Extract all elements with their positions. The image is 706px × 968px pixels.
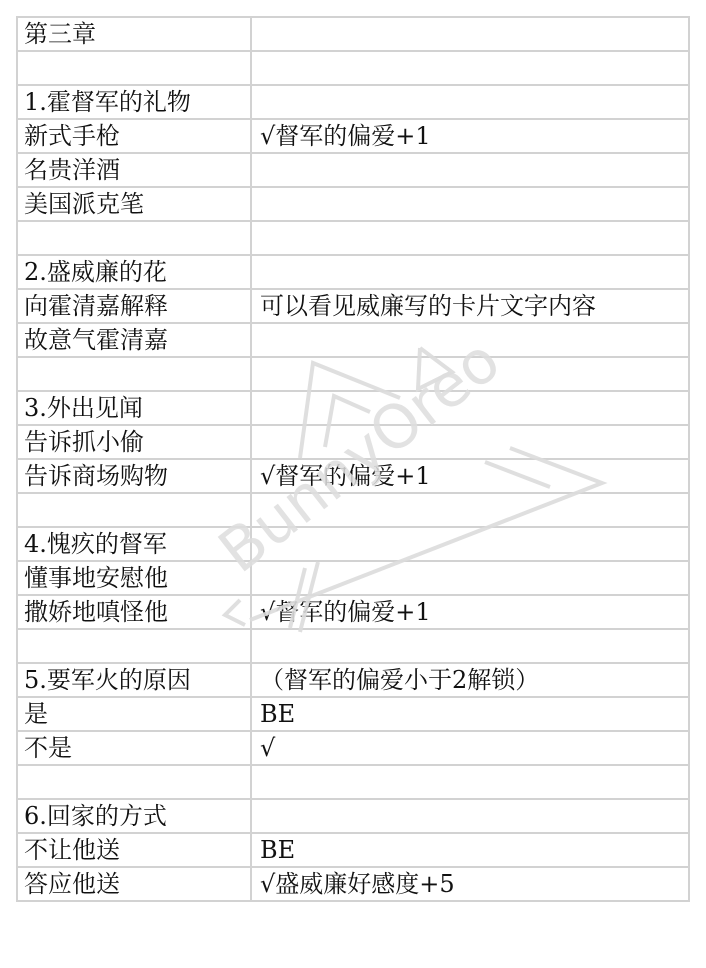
choice-cell: 向霍清嘉解释 — [17, 289, 251, 323]
result-cell: BE — [251, 697, 689, 731]
choice-cell: 1.霍督军的礼物 — [17, 85, 251, 119]
choice-cell: 2.盛威廉的花 — [17, 255, 251, 289]
table-row: 3.外出见闻 — [17, 391, 689, 425]
result-cell — [251, 17, 689, 51]
result-cell — [251, 357, 689, 391]
result-cell: √ — [251, 731, 689, 765]
table-row: 不让他送BE — [17, 833, 689, 867]
choice-cell: 答应他送 — [17, 867, 251, 901]
choice-cell: 是 — [17, 697, 251, 731]
result-cell: √盛威廉好感度+5 — [251, 867, 689, 901]
choice-cell — [17, 357, 251, 391]
choice-cell: 告诉抓小偷 — [17, 425, 251, 459]
choice-cell — [17, 493, 251, 527]
table-row: 告诉商场购物√督军的偏爱+1 — [17, 459, 689, 493]
choice-cell: 故意气霍清嘉 — [17, 323, 251, 357]
table-row: 名贵洋酒 — [17, 153, 689, 187]
result-cell — [251, 799, 689, 833]
result-cell — [251, 85, 689, 119]
choice-cell: 3.外出见闻 — [17, 391, 251, 425]
result-cell — [251, 765, 689, 799]
result-cell — [251, 391, 689, 425]
choice-cell: 4.愧疚的督军 — [17, 527, 251, 561]
choice-cell: 撒娇地嗔怪他 — [17, 595, 251, 629]
table-row: 1.霍督军的礼物 — [17, 85, 689, 119]
table-row: 不是√ — [17, 731, 689, 765]
choice-cell: 5.要军火的原因 — [17, 663, 251, 697]
choice-cell: 第三章 — [17, 17, 251, 51]
choice-cell: 6.回家的方式 — [17, 799, 251, 833]
result-cell — [251, 51, 689, 85]
choice-cell: 美国派克笔 — [17, 187, 251, 221]
choice-cell: 不让他送 — [17, 833, 251, 867]
result-cell: √督军的偏爱+1 — [251, 595, 689, 629]
table-row: 是BE — [17, 697, 689, 731]
choices-table: 第三章1.霍督军的礼物新式手枪√督军的偏爱+1名贵洋酒美国派克笔2.盛威廉的花向… — [16, 16, 690, 902]
choice-cell: 不是 — [17, 731, 251, 765]
choice-cell: 名贵洋酒 — [17, 153, 251, 187]
table-row — [17, 51, 689, 85]
table-row: 撒娇地嗔怪他√督军的偏爱+1 — [17, 595, 689, 629]
table-row: 告诉抓小偷 — [17, 425, 689, 459]
table-row: 2.盛威廉的花 — [17, 255, 689, 289]
table-row — [17, 629, 689, 663]
result-cell — [251, 629, 689, 663]
choice-cell — [17, 629, 251, 663]
result-cell: 可以看见威廉写的卡片文字内容 — [251, 289, 689, 323]
result-cell — [251, 153, 689, 187]
choice-cell — [17, 221, 251, 255]
table-row — [17, 765, 689, 799]
table-row — [17, 493, 689, 527]
table-row — [17, 221, 689, 255]
table-row: 4.愧疚的督军 — [17, 527, 689, 561]
result-cell — [251, 187, 689, 221]
table-row: 故意气霍清嘉 — [17, 323, 689, 357]
choice-cell — [17, 51, 251, 85]
table-row: 懂事地安慰他 — [17, 561, 689, 595]
table-row: 向霍清嘉解释可以看见威廉写的卡片文字内容 — [17, 289, 689, 323]
table-row: 5.要军火的原因（督军的偏爱小于2解锁） — [17, 663, 689, 697]
result-cell — [251, 323, 689, 357]
table-row: 答应他送√盛威廉好感度+5 — [17, 867, 689, 901]
result-cell — [251, 493, 689, 527]
result-cell — [251, 221, 689, 255]
table-row: 第三章 — [17, 17, 689, 51]
table-row: 6.回家的方式 — [17, 799, 689, 833]
table-row: 美国派克笔 — [17, 187, 689, 221]
result-cell — [251, 255, 689, 289]
table-row: 新式手枪√督军的偏爱+1 — [17, 119, 689, 153]
choice-cell: 告诉商场购物 — [17, 459, 251, 493]
choice-cell: 新式手枪 — [17, 119, 251, 153]
choice-cell: 懂事地安慰他 — [17, 561, 251, 595]
table-row — [17, 357, 689, 391]
result-cell — [251, 425, 689, 459]
result-cell — [251, 561, 689, 595]
result-cell: （督军的偏爱小于2解锁） — [251, 663, 689, 697]
result-cell: BE — [251, 833, 689, 867]
result-cell: √督军的偏爱+1 — [251, 459, 689, 493]
choice-cell — [17, 765, 251, 799]
result-cell: √督军的偏爱+1 — [251, 119, 689, 153]
result-cell — [251, 527, 689, 561]
